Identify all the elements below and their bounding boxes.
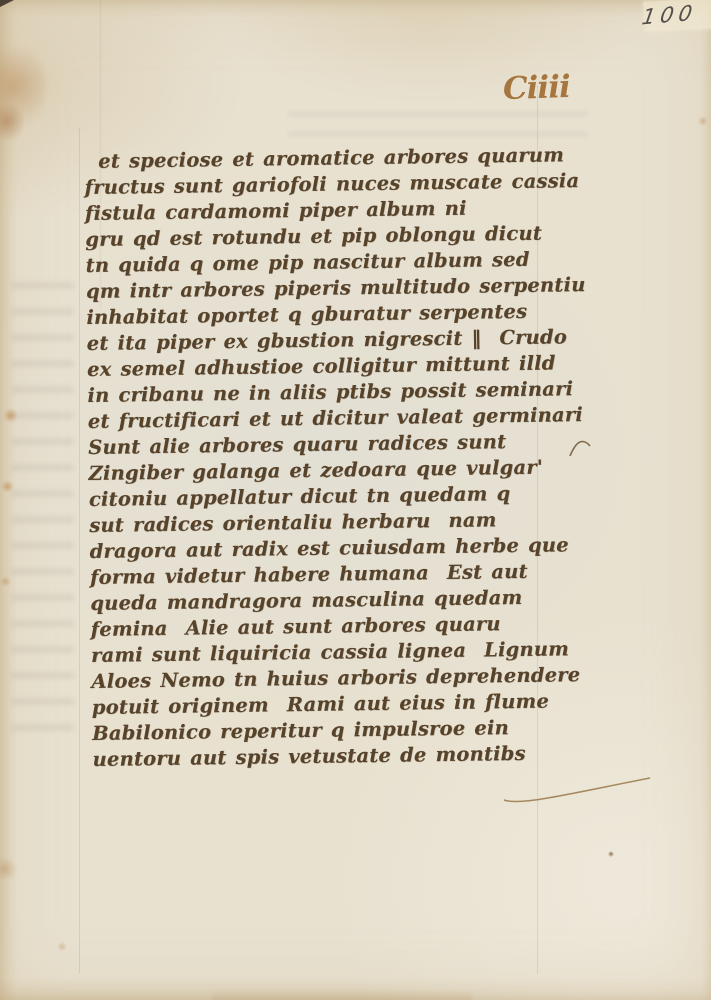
- foxing-stain: [0, 100, 24, 144]
- foxing-stain: [3, 408, 18, 423]
- marginal-flourish-mark: [568, 438, 592, 460]
- bottom-edge-stain: [212, 986, 472, 1000]
- text-block: et speciose et aromatice arbores quarum …: [84, 142, 609, 773]
- page-number-pencil: 100: [640, 0, 699, 29]
- scan-corner-artifact: [0, 0, 14, 7]
- manuscript-page: 100 Ciiii et speciose et aromatice arbor…: [0, 0, 711, 1000]
- foxing-stain: [56, 942, 68, 951]
- folio-number: Ciiii: [502, 69, 570, 107]
- end-of-text-flourish: [498, 770, 658, 806]
- foxing-stain: [0, 856, 16, 882]
- foxing-stain: [0, 576, 11, 587]
- ink-speck: [608, 851, 614, 857]
- foxing-stain: [1, 480, 14, 493]
- ruling-line-left: [79, 128, 80, 973]
- foxing-stain: [698, 116, 708, 126]
- verso-show-through: [12, 282, 74, 732]
- foxing-stain: [0, 38, 46, 134]
